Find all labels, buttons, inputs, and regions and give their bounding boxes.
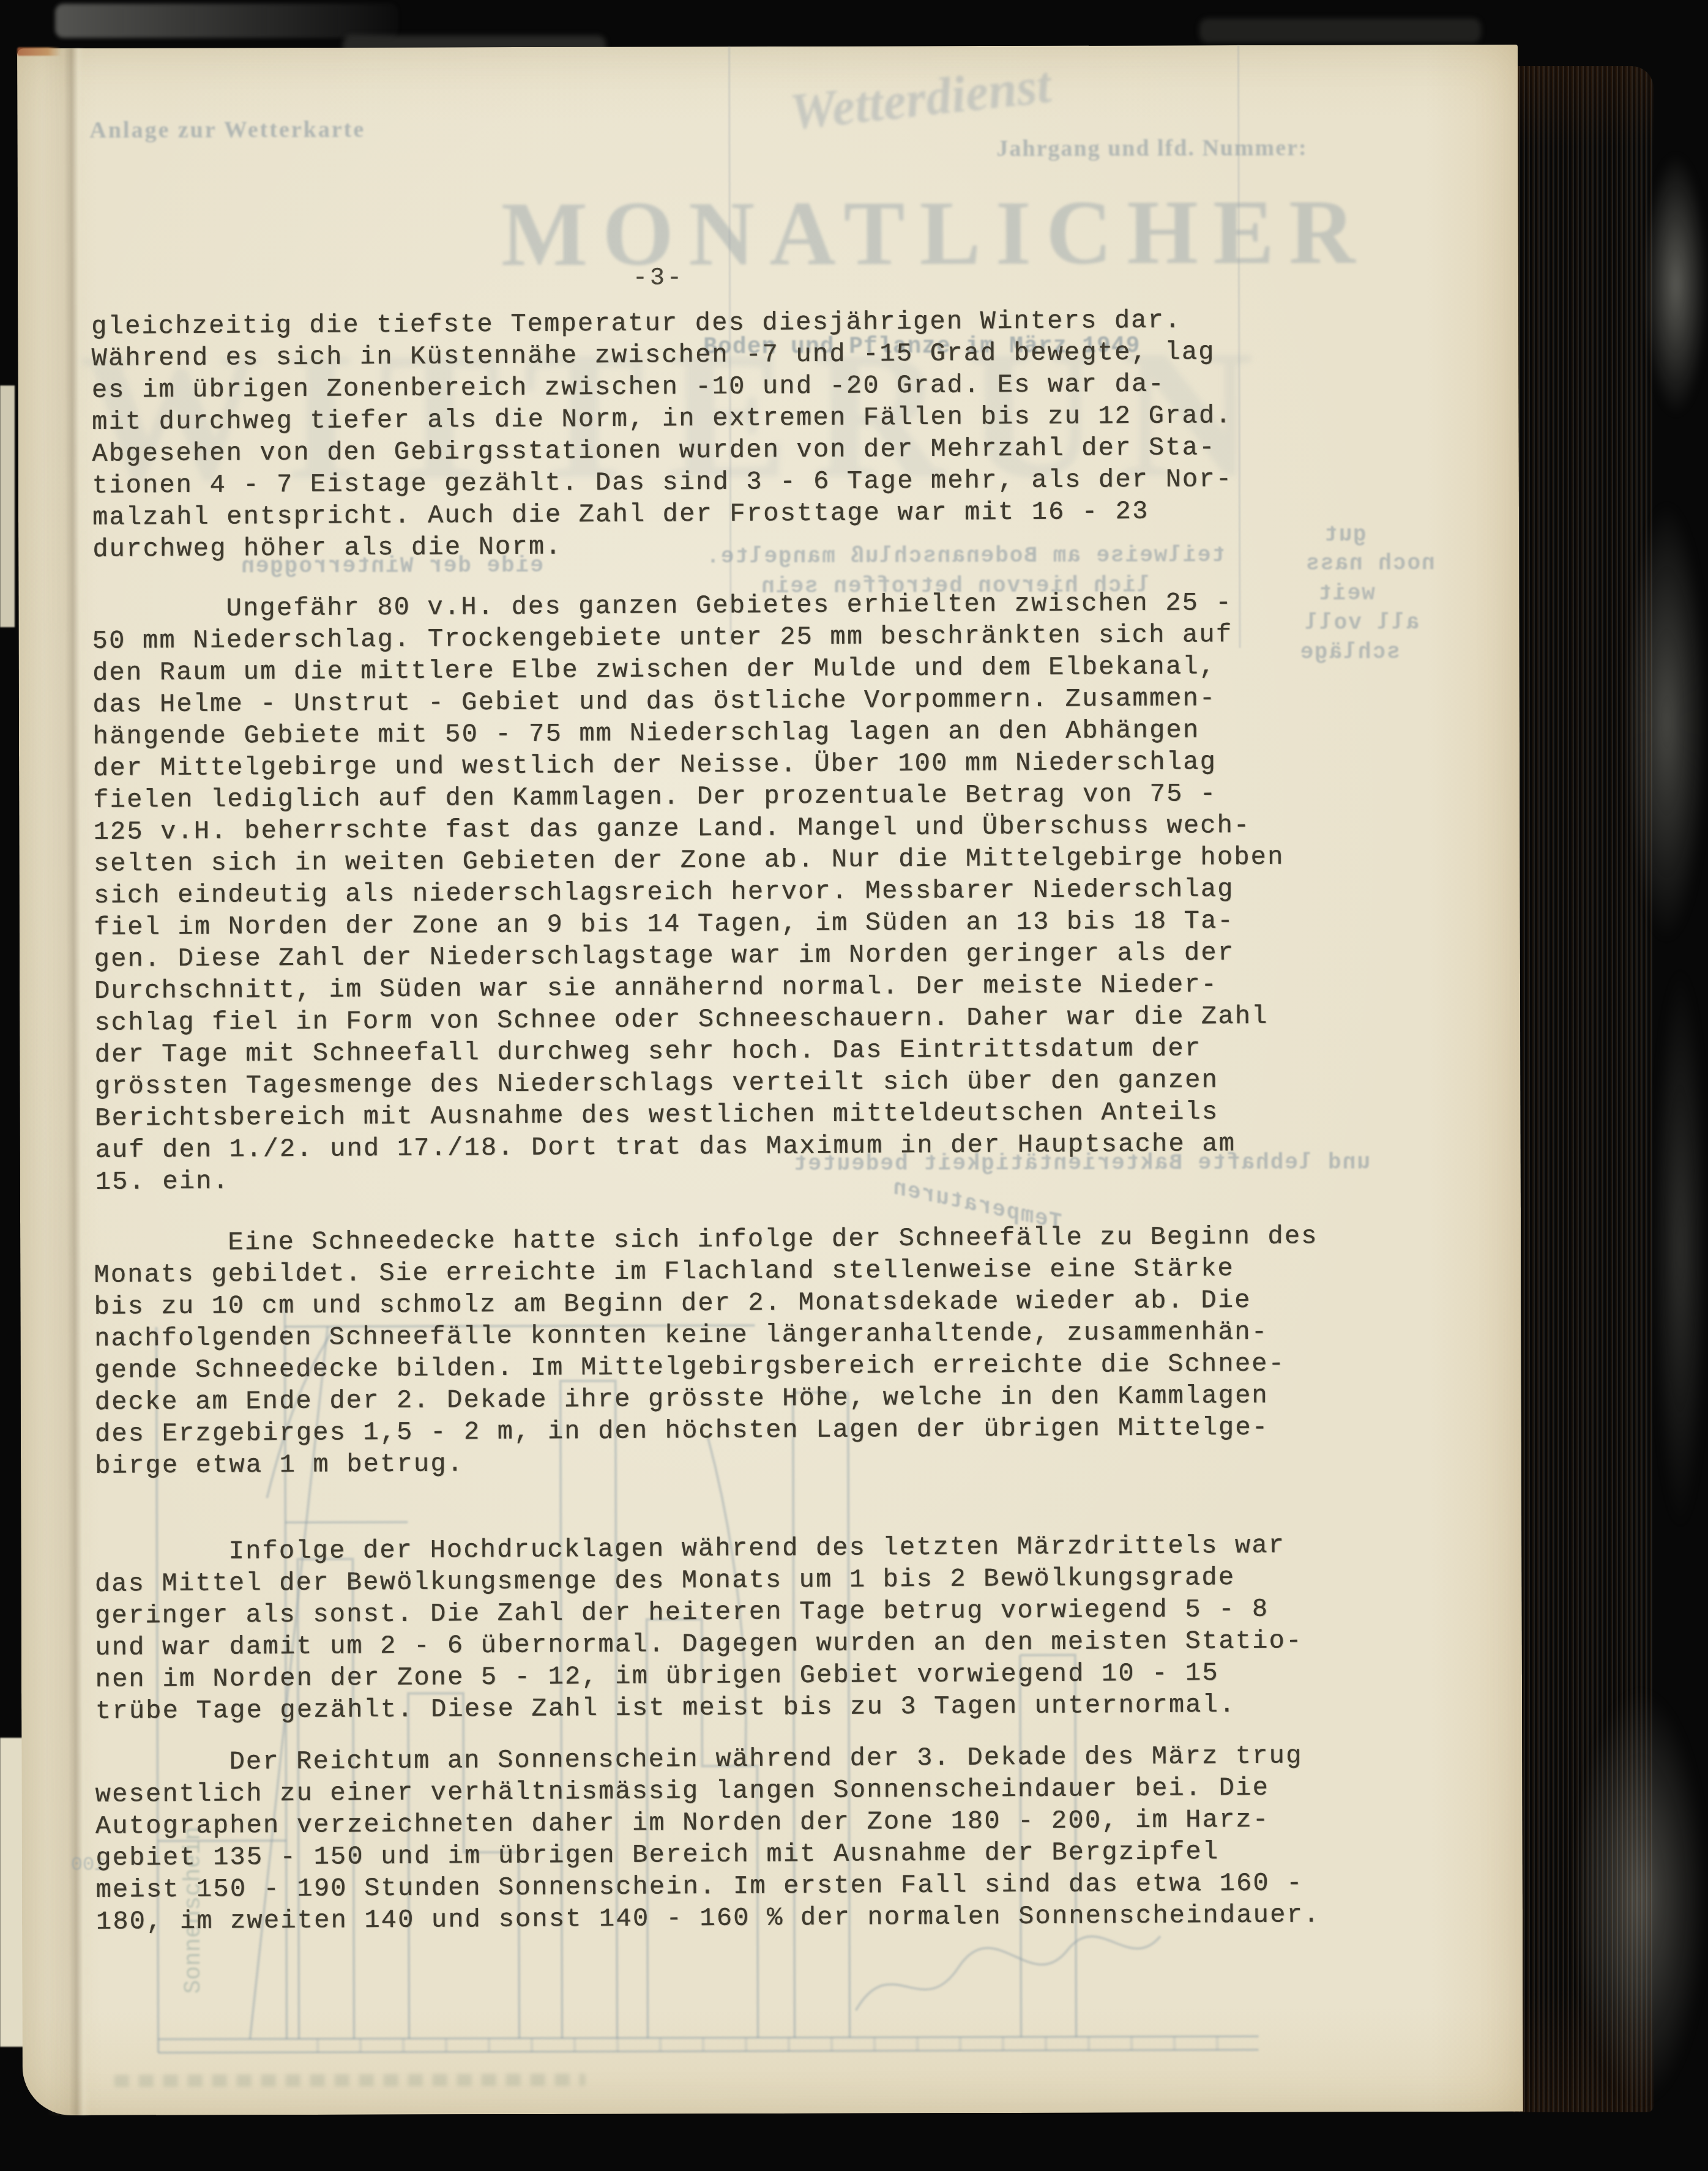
paragraph-sunshine: Der Reichtum an Sonnenschein während der…	[95, 1740, 1320, 1938]
paragraph-temperature: gleichzeitig die tiefste Temperatur des …	[91, 304, 1233, 565]
paragraph-cloudiness: Infolge der Hochdrucklagen während des l…	[94, 1530, 1303, 1727]
book-scan: Anlage zur Wetterkarte Jahrgang und lfd.…	[0, 0, 1708, 2171]
page-number: -3-	[633, 264, 684, 292]
ghost-header-left: Anlage zur Wetterkarte	[89, 116, 365, 144]
corner-mark	[17, 47, 61, 56]
ghost-stamp: Wetterdienst	[787, 56, 1054, 143]
ghost-rule	[1237, 45, 1241, 648]
paragraph-snow-cover: Eine Schneedecke hatte sich infolge der …	[94, 1220, 1319, 1482]
document-page: Anlage zur Wetterkarte Jahrgang und lfd.…	[17, 45, 1523, 2115]
ghost-fragment: all voll	[1303, 610, 1419, 635]
stacked-page-edges	[1513, 66, 1654, 2112]
ghost-fragment: weit	[1317, 581, 1375, 606]
ghost-header-right: Jahrgang und lfd. Nummer:	[996, 135, 1307, 162]
cover-texture	[1652, 967, 1708, 1530]
cover-streak	[55, 4, 398, 38]
ghost-fragment: noch nass	[1305, 551, 1435, 576]
paragraph-precipitation: Ungefähr 80 v.H. des ganzen Gebietes erh…	[92, 587, 1286, 1198]
cover-streak	[1199, 18, 1481, 43]
ghost-fragment: schläge	[1299, 639, 1400, 665]
printer-imprint-smudge	[114, 2074, 586, 2087]
page-sliver	[0, 385, 15, 627]
ghost-fragment: gut	[1323, 522, 1367, 547]
ghost-masthead: MONATLICHER	[501, 179, 1370, 287]
